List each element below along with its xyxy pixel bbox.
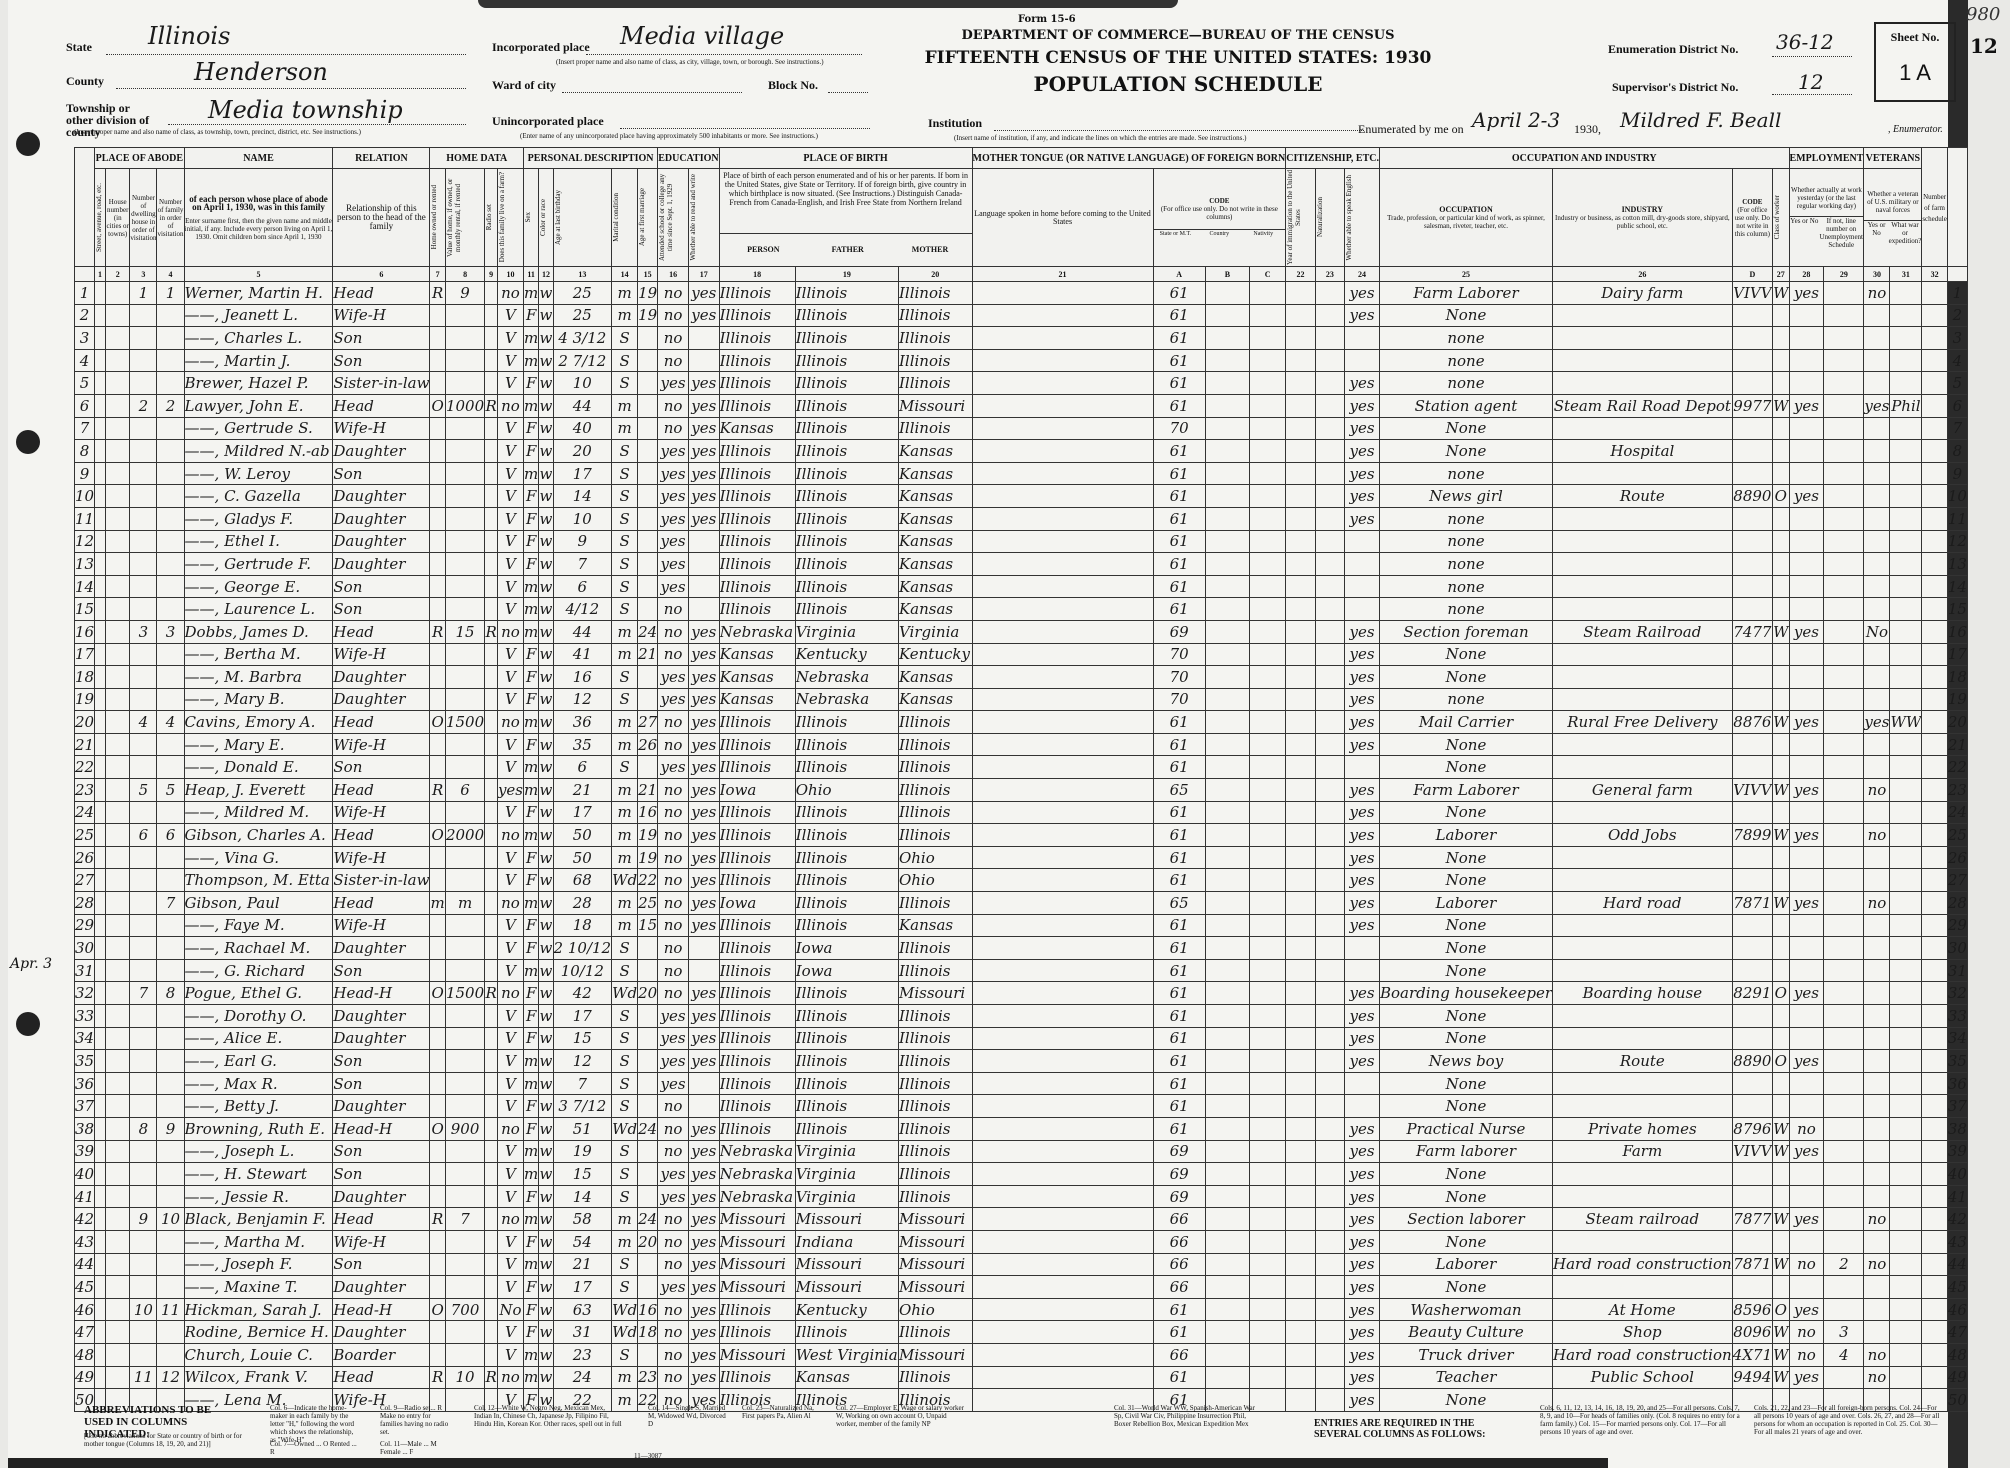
cell-radio xyxy=(485,733,498,756)
column-number: A xyxy=(1153,267,1205,282)
cell-dwelling xyxy=(130,1163,157,1186)
cell-relation: Son xyxy=(333,1050,430,1073)
cell-at-work: yes xyxy=(1789,892,1824,915)
cell-english: yes xyxy=(1345,462,1380,485)
line-number: 12 xyxy=(75,530,95,553)
cell-code-a: 61 xyxy=(1153,824,1205,847)
cell-at-work: yes xyxy=(1789,779,1824,802)
table-row: 15——, Laurence L.SonVmw4/12SnoIllinoisIl… xyxy=(75,598,1968,621)
cell-marital: S xyxy=(612,598,638,621)
cell-naturalization xyxy=(1315,394,1344,417)
cell-sex: m xyxy=(524,394,539,417)
cell-school: yes xyxy=(658,1072,689,1095)
cell-class: O xyxy=(1773,1298,1789,1321)
cell-code-c xyxy=(1250,892,1286,915)
cell-occupation: Farm Laborer xyxy=(1379,779,1552,802)
cell-age: 50 xyxy=(553,846,612,869)
table-row: 111Werner, Martin H.HeadR9nomw25m19noyes… xyxy=(75,282,1968,305)
cell-code-b xyxy=(1205,869,1249,892)
cell-radio xyxy=(485,1140,498,1163)
cell-birthplace-mother: Missouri xyxy=(898,982,972,1005)
cell-farm-schedule xyxy=(1922,485,1948,508)
cell-occupation: None xyxy=(1379,801,1552,824)
cell-street xyxy=(95,892,106,915)
cell-name: ——, Gertrude F. xyxy=(184,553,333,576)
cell-at-work: yes xyxy=(1789,982,1824,1005)
cell-name: Black, Benjamin F. xyxy=(184,1208,333,1231)
cell-naturalization xyxy=(1315,530,1344,553)
cell-at-work xyxy=(1789,327,1824,350)
cell-code-c xyxy=(1250,846,1286,869)
cell-owned xyxy=(430,507,445,530)
cell-code-c xyxy=(1250,688,1286,711)
col-farm-schedule: Number of farm schedule xyxy=(1922,148,1948,267)
cell-age-marriage: 20 xyxy=(638,982,658,1005)
cell-naturalization xyxy=(1315,1321,1344,1344)
cell-birthplace-person: Illinois xyxy=(719,485,795,508)
cell-english: yes xyxy=(1345,440,1380,463)
cell-name: ——, Ethel I. xyxy=(184,530,333,553)
cell-code-d xyxy=(1732,1276,1772,1299)
cell-house xyxy=(106,1253,130,1276)
cell-immigration xyxy=(1286,824,1315,847)
cell-read: yes xyxy=(688,1276,719,1299)
cell-radio: R xyxy=(485,620,498,643)
cell-class xyxy=(1773,1185,1789,1208)
line-number-right: 21 xyxy=(1947,733,1967,756)
cell-veteran: no xyxy=(1864,824,1890,847)
cell-language xyxy=(972,688,1153,711)
cell-farm: V xyxy=(497,1072,523,1095)
cell-immigration xyxy=(1286,756,1315,779)
cell-farm-schedule xyxy=(1922,327,1948,350)
cell-language xyxy=(972,1230,1153,1253)
cell-industry: General farm xyxy=(1553,779,1733,802)
line-number-right: 3 xyxy=(1947,327,1967,350)
cell-code-a: 65 xyxy=(1153,892,1205,915)
cell-radio xyxy=(485,598,498,621)
population-table: PLACE OF ABODE NAME RELATION HOME DATA P… xyxy=(74,147,1968,1412)
cell-owned: O xyxy=(430,394,445,417)
cell-farm-schedule xyxy=(1922,507,1948,530)
cell-age: 6 xyxy=(553,756,612,779)
cell-veteran: no xyxy=(1864,1208,1890,1231)
cell-dwelling: 1 xyxy=(130,282,157,305)
cell-name: ——, Jeanett L. xyxy=(184,304,333,327)
abbrev-note: [Use no abbreviations for State or count… xyxy=(84,1432,244,1448)
cell-english: yes xyxy=(1345,1298,1380,1321)
table-row: 2566Gibson, Charles A.HeadO2000nomw50m19… xyxy=(75,824,1968,847)
cell-family xyxy=(157,372,184,395)
cell-code-b xyxy=(1205,1253,1249,1276)
cell-read: yes xyxy=(688,417,719,440)
cell-school: no xyxy=(658,394,689,417)
cell-english xyxy=(1345,575,1380,598)
cell-farm-schedule xyxy=(1922,869,1948,892)
cell-race: w xyxy=(539,553,553,576)
cell-birthplace-mother: Kansas xyxy=(898,575,972,598)
cell-race: w xyxy=(539,1185,553,1208)
cell-read: yes xyxy=(688,507,719,530)
col-sex: Sex xyxy=(524,169,539,267)
cell-birthplace-father: Illinois xyxy=(795,394,898,417)
col-family: Number of family in order of visitation xyxy=(157,169,184,267)
line-number-right: 36 xyxy=(1947,1072,1967,1095)
cell-immigration xyxy=(1286,598,1315,621)
table-row: 29——, Faye M.Wife-HVFw18m15noyesIllinois… xyxy=(75,914,1968,937)
cell-birthplace-mother: Illinois xyxy=(898,779,972,802)
cell-at-work xyxy=(1789,733,1824,756)
cell-industry: Private homes xyxy=(1553,1117,1733,1140)
cell-code-a: 61 xyxy=(1153,1005,1205,1028)
cell-relation: Head xyxy=(333,282,430,305)
cell-class xyxy=(1773,1095,1789,1118)
cell-class: W xyxy=(1773,1140,1789,1163)
cell-house xyxy=(106,349,130,372)
cell-name: ——, Vina G. xyxy=(184,846,333,869)
line-number: 27 xyxy=(75,869,95,892)
cell-race: w xyxy=(539,485,553,508)
cell-war xyxy=(1890,756,1922,779)
cell-at-work xyxy=(1789,1005,1824,1028)
cell-farm: V xyxy=(497,1163,523,1186)
cell-radio xyxy=(485,1276,498,1299)
cell-street xyxy=(95,530,106,553)
cell-class xyxy=(1773,304,1789,327)
cell-name: ——, H. Stewart xyxy=(184,1163,333,1186)
cell-race: w xyxy=(539,869,553,892)
cell-dwelling: 11 xyxy=(130,1366,157,1389)
cell-sex: F xyxy=(524,1298,539,1321)
cell-farm-schedule xyxy=(1922,824,1948,847)
cell-english xyxy=(1345,598,1380,621)
cell-birthplace-father: Illinois xyxy=(795,892,898,915)
cell-code-d: 4X71 xyxy=(1732,1343,1772,1366)
line-number: 4 xyxy=(75,349,95,372)
cell-language xyxy=(972,282,1153,305)
cell-code-b xyxy=(1205,846,1249,869)
cell-school: yes xyxy=(658,1005,689,1028)
cell-naturalization xyxy=(1315,598,1344,621)
table-row: 48Church, Louie C.BoarderVmw23SnoyesMiss… xyxy=(75,1343,1968,1366)
cell-race: w xyxy=(539,304,553,327)
cell-veteran xyxy=(1864,1005,1890,1028)
cell-code-c xyxy=(1250,733,1286,756)
cell-dwelling xyxy=(130,1253,157,1276)
line-number-right: 28 xyxy=(1947,892,1967,915)
cell-code-c xyxy=(1250,1366,1286,1389)
cell-farm-schedule xyxy=(1922,1095,1948,1118)
cell-veteran xyxy=(1864,440,1890,463)
cell-read: yes xyxy=(688,711,719,734)
cell-house xyxy=(106,1343,130,1366)
cell-english: yes xyxy=(1345,892,1380,915)
cell-naturalization xyxy=(1315,507,1344,530)
cell-owned xyxy=(430,417,445,440)
cell-relation: Son xyxy=(333,349,430,372)
cell-immigration xyxy=(1286,711,1315,734)
line-number-right: 24 xyxy=(1947,801,1967,824)
cell-street xyxy=(95,417,106,440)
cell-birthplace-father: Nebraska xyxy=(795,666,898,689)
cell-school: yes xyxy=(658,530,689,553)
line-number: 35 xyxy=(75,1050,95,1073)
sheet-number-box: Sheet No. 1 A xyxy=(1874,22,1956,102)
cell-code-b xyxy=(1205,1117,1249,1140)
cell-age-marriage xyxy=(638,1050,658,1073)
cell-age-marriage: 24 xyxy=(638,620,658,643)
cell-industry: Rural Free Delivery xyxy=(1553,711,1733,734)
cell-read: yes xyxy=(688,1343,719,1366)
cell-naturalization xyxy=(1315,1276,1344,1299)
cell-age-marriage xyxy=(638,1005,658,1028)
cell-relation: Head-H xyxy=(333,982,430,1005)
cell-dwelling: 2 xyxy=(130,394,157,417)
cell-dwelling xyxy=(130,507,157,530)
cell-dwelling xyxy=(130,1321,157,1344)
cell-value xyxy=(445,304,484,327)
cell-birthplace-person: Missouri xyxy=(719,1253,795,1276)
cell-marital: m xyxy=(612,282,638,305)
cell-occupation: None xyxy=(1379,1163,1552,1186)
cell-dwelling xyxy=(130,643,157,666)
cell-sex: m xyxy=(524,1208,539,1231)
cell-occupation: None xyxy=(1379,1005,1552,1028)
cell-code-d: 7871 xyxy=(1732,1253,1772,1276)
cell-birthplace-person: Illinois xyxy=(719,598,795,621)
cell-radio xyxy=(485,666,498,689)
cell-english xyxy=(1345,349,1380,372)
cell-birthplace-person: Illinois xyxy=(719,440,795,463)
cell-value xyxy=(445,1185,484,1208)
cell-race: w xyxy=(539,282,553,305)
line-number-right: 38 xyxy=(1947,1117,1967,1140)
cell-war xyxy=(1890,1072,1922,1095)
cell-radio xyxy=(485,304,498,327)
table-row: 30——, Rachael M.DaughterVFw2 10/12SnoIll… xyxy=(75,937,1968,960)
cell-code-a: 66 xyxy=(1153,1208,1205,1231)
cell-veteran xyxy=(1864,1276,1890,1299)
cell-street xyxy=(95,733,106,756)
cell-code-d xyxy=(1732,1185,1772,1208)
cell-birthplace-person: Nebraska xyxy=(719,1163,795,1186)
cell-code-a: 70 xyxy=(1153,666,1205,689)
township-underline xyxy=(168,124,466,125)
cell-birthplace-person: Illinois xyxy=(719,937,795,960)
cell-name: Brewer, Hazel P. xyxy=(184,372,333,395)
cell-birthplace-father: Iowa xyxy=(795,959,898,982)
cell-race: w xyxy=(539,1298,553,1321)
cell-class xyxy=(1773,733,1789,756)
cell-english: yes xyxy=(1345,1185,1380,1208)
col-farm: Does this family live on a farm? xyxy=(497,169,523,267)
cell-radio xyxy=(485,643,498,666)
cell-dwelling xyxy=(130,1050,157,1073)
cell-farm: V xyxy=(497,530,523,553)
cell-house xyxy=(106,1276,130,1299)
cell-veteran xyxy=(1864,304,1890,327)
cell-radio xyxy=(485,372,498,395)
cell-marital: S xyxy=(612,575,638,598)
table-row: 33——, Dorothy O.DaughterVFw17SyesyesIlli… xyxy=(75,1005,1968,1028)
cell-relation: Head xyxy=(333,620,430,643)
cell-unemployment-line xyxy=(1824,801,1864,824)
cell-family xyxy=(157,507,184,530)
cell-birthplace-mother: Illinois xyxy=(898,1095,972,1118)
cell-code-c xyxy=(1250,598,1286,621)
cell-language xyxy=(972,1366,1153,1389)
cell-english: yes xyxy=(1345,1027,1380,1050)
cell-industry: Hard road xyxy=(1553,892,1733,915)
cell-marital: m xyxy=(612,914,638,937)
cell-farm-schedule xyxy=(1922,688,1948,711)
cell-unemployment-line xyxy=(1824,688,1864,711)
cell-immigration xyxy=(1286,666,1315,689)
cell-relation: Daughter xyxy=(333,440,430,463)
cell-farm-schedule xyxy=(1922,282,1948,305)
cell-age: 4 3/12 xyxy=(553,327,612,350)
binder-hole xyxy=(16,430,40,454)
line-number: 33 xyxy=(75,1005,95,1028)
cell-veteran xyxy=(1864,688,1890,711)
cell-marital: S xyxy=(612,1253,638,1276)
cell-name: ——, Martin J. xyxy=(184,349,333,372)
cell-race: w xyxy=(539,824,553,847)
cell-relation: Daughter xyxy=(333,937,430,960)
cell-industry: Odd Jobs xyxy=(1553,824,1733,847)
cell-value xyxy=(445,1343,484,1366)
cell-read: yes xyxy=(688,846,719,869)
cell-value: 2000 xyxy=(445,824,484,847)
cell-language xyxy=(972,417,1153,440)
cell-owned xyxy=(430,643,445,666)
cell-race: w xyxy=(539,507,553,530)
cell-race: w xyxy=(539,327,553,350)
cell-english: yes xyxy=(1345,1253,1380,1276)
cell-radio xyxy=(485,756,498,779)
cell-birthplace-father: Illinois xyxy=(795,982,898,1005)
cell-industry xyxy=(1553,1072,1733,1095)
cell-war xyxy=(1890,846,1922,869)
group-birth: PLACE OF BIRTH xyxy=(719,148,972,169)
cell-war xyxy=(1890,1276,1922,1299)
cell-owned xyxy=(430,1163,445,1186)
line-number-right: 18 xyxy=(1947,666,1967,689)
cell-immigration xyxy=(1286,440,1315,463)
cell-read: yes xyxy=(688,1253,719,1276)
cell-family xyxy=(157,462,184,485)
cell-unemployment-line xyxy=(1824,1027,1864,1050)
cell-birthplace-person: Illinois xyxy=(719,553,795,576)
cell-code-b xyxy=(1205,1072,1249,1095)
cell-class: W xyxy=(1773,1253,1789,1276)
cell-house xyxy=(106,417,130,440)
cell-family xyxy=(157,1027,184,1050)
cell-language xyxy=(972,1298,1153,1321)
cell-language xyxy=(972,440,1153,463)
cell-class xyxy=(1773,688,1789,711)
cell-veteran xyxy=(1864,1072,1890,1095)
cell-veteran: no xyxy=(1864,1343,1890,1366)
column-number: 24 xyxy=(1345,267,1380,282)
cell-school: no xyxy=(658,982,689,1005)
cell-class xyxy=(1773,666,1789,689)
cell-english: yes xyxy=(1345,666,1380,689)
cell-code-c xyxy=(1250,1117,1286,1140)
cell-birthplace-mother: Ohio xyxy=(898,846,972,869)
cell-marital: m xyxy=(612,1366,638,1389)
cell-marital: S xyxy=(612,959,638,982)
cell-language xyxy=(972,304,1153,327)
column-number: 12 xyxy=(539,267,553,282)
cell-age: 21 xyxy=(553,1253,612,1276)
col-street: Street, avenue, road, etc. xyxy=(95,169,106,267)
cell-name: Dobbs, James D. xyxy=(184,620,333,643)
cell-birthplace-person: Illinois xyxy=(719,1321,795,1344)
cell-farm: V xyxy=(497,440,523,463)
cell-school: no xyxy=(658,1298,689,1321)
group-personal: PERSONAL DESCRIPTION xyxy=(524,148,658,169)
cell-school: no xyxy=(658,846,689,869)
cell-war xyxy=(1890,1140,1922,1163)
cell-sex: F xyxy=(524,982,539,1005)
cell-marital: S xyxy=(612,440,638,463)
cell-code-d xyxy=(1732,553,1772,576)
cell-unemployment-line xyxy=(1824,530,1864,553)
ed-label: Enumeration District No. xyxy=(1608,42,1738,57)
cell-at-work xyxy=(1789,937,1824,960)
cell-dwelling xyxy=(130,304,157,327)
cell-relation: Son xyxy=(333,575,430,598)
cell-farm-schedule xyxy=(1922,598,1948,621)
cell-marital: m xyxy=(612,824,638,847)
cell-house xyxy=(106,462,130,485)
cell-birthplace-person: Illinois xyxy=(719,282,795,305)
cell-code-c xyxy=(1250,394,1286,417)
cell-family xyxy=(157,417,184,440)
cell-naturalization xyxy=(1315,1163,1344,1186)
col-age-marriage: Age at first marriage xyxy=(638,169,658,267)
cell-code-c xyxy=(1250,914,1286,937)
cell-street xyxy=(95,327,106,350)
cell-house xyxy=(106,756,130,779)
cell-code-b xyxy=(1205,914,1249,937)
cell-house xyxy=(106,846,130,869)
cell-english: yes xyxy=(1345,1140,1380,1163)
cell-birthplace-person: Missouri xyxy=(719,1230,795,1253)
cell-english: yes xyxy=(1345,1163,1380,1186)
cell-farm-schedule xyxy=(1922,530,1948,553)
cell-veteran xyxy=(1864,914,1890,937)
cell-war xyxy=(1890,824,1922,847)
line-number-right: 41 xyxy=(1947,1185,1967,1208)
cell-dwelling xyxy=(130,892,157,915)
cell-code-a: 61 xyxy=(1153,846,1205,869)
cell-code-b xyxy=(1205,1208,1249,1231)
cell-family xyxy=(157,959,184,982)
cell-name: ——, Joseph F. xyxy=(184,1253,333,1276)
cell-farm: V xyxy=(497,756,523,779)
cell-street xyxy=(95,575,106,598)
cell-code-a: 66 xyxy=(1153,1343,1205,1366)
line-number: 40 xyxy=(75,1163,95,1186)
cell-school: no xyxy=(658,1321,689,1344)
cell-owned: O xyxy=(430,1117,445,1140)
table-row: 21——, Mary E.Wife-HVFw35m26noyesIllinois… xyxy=(75,733,1968,756)
column-number: 22 xyxy=(1286,267,1315,282)
cell-radio xyxy=(485,485,498,508)
column-number: 4 xyxy=(157,267,184,282)
